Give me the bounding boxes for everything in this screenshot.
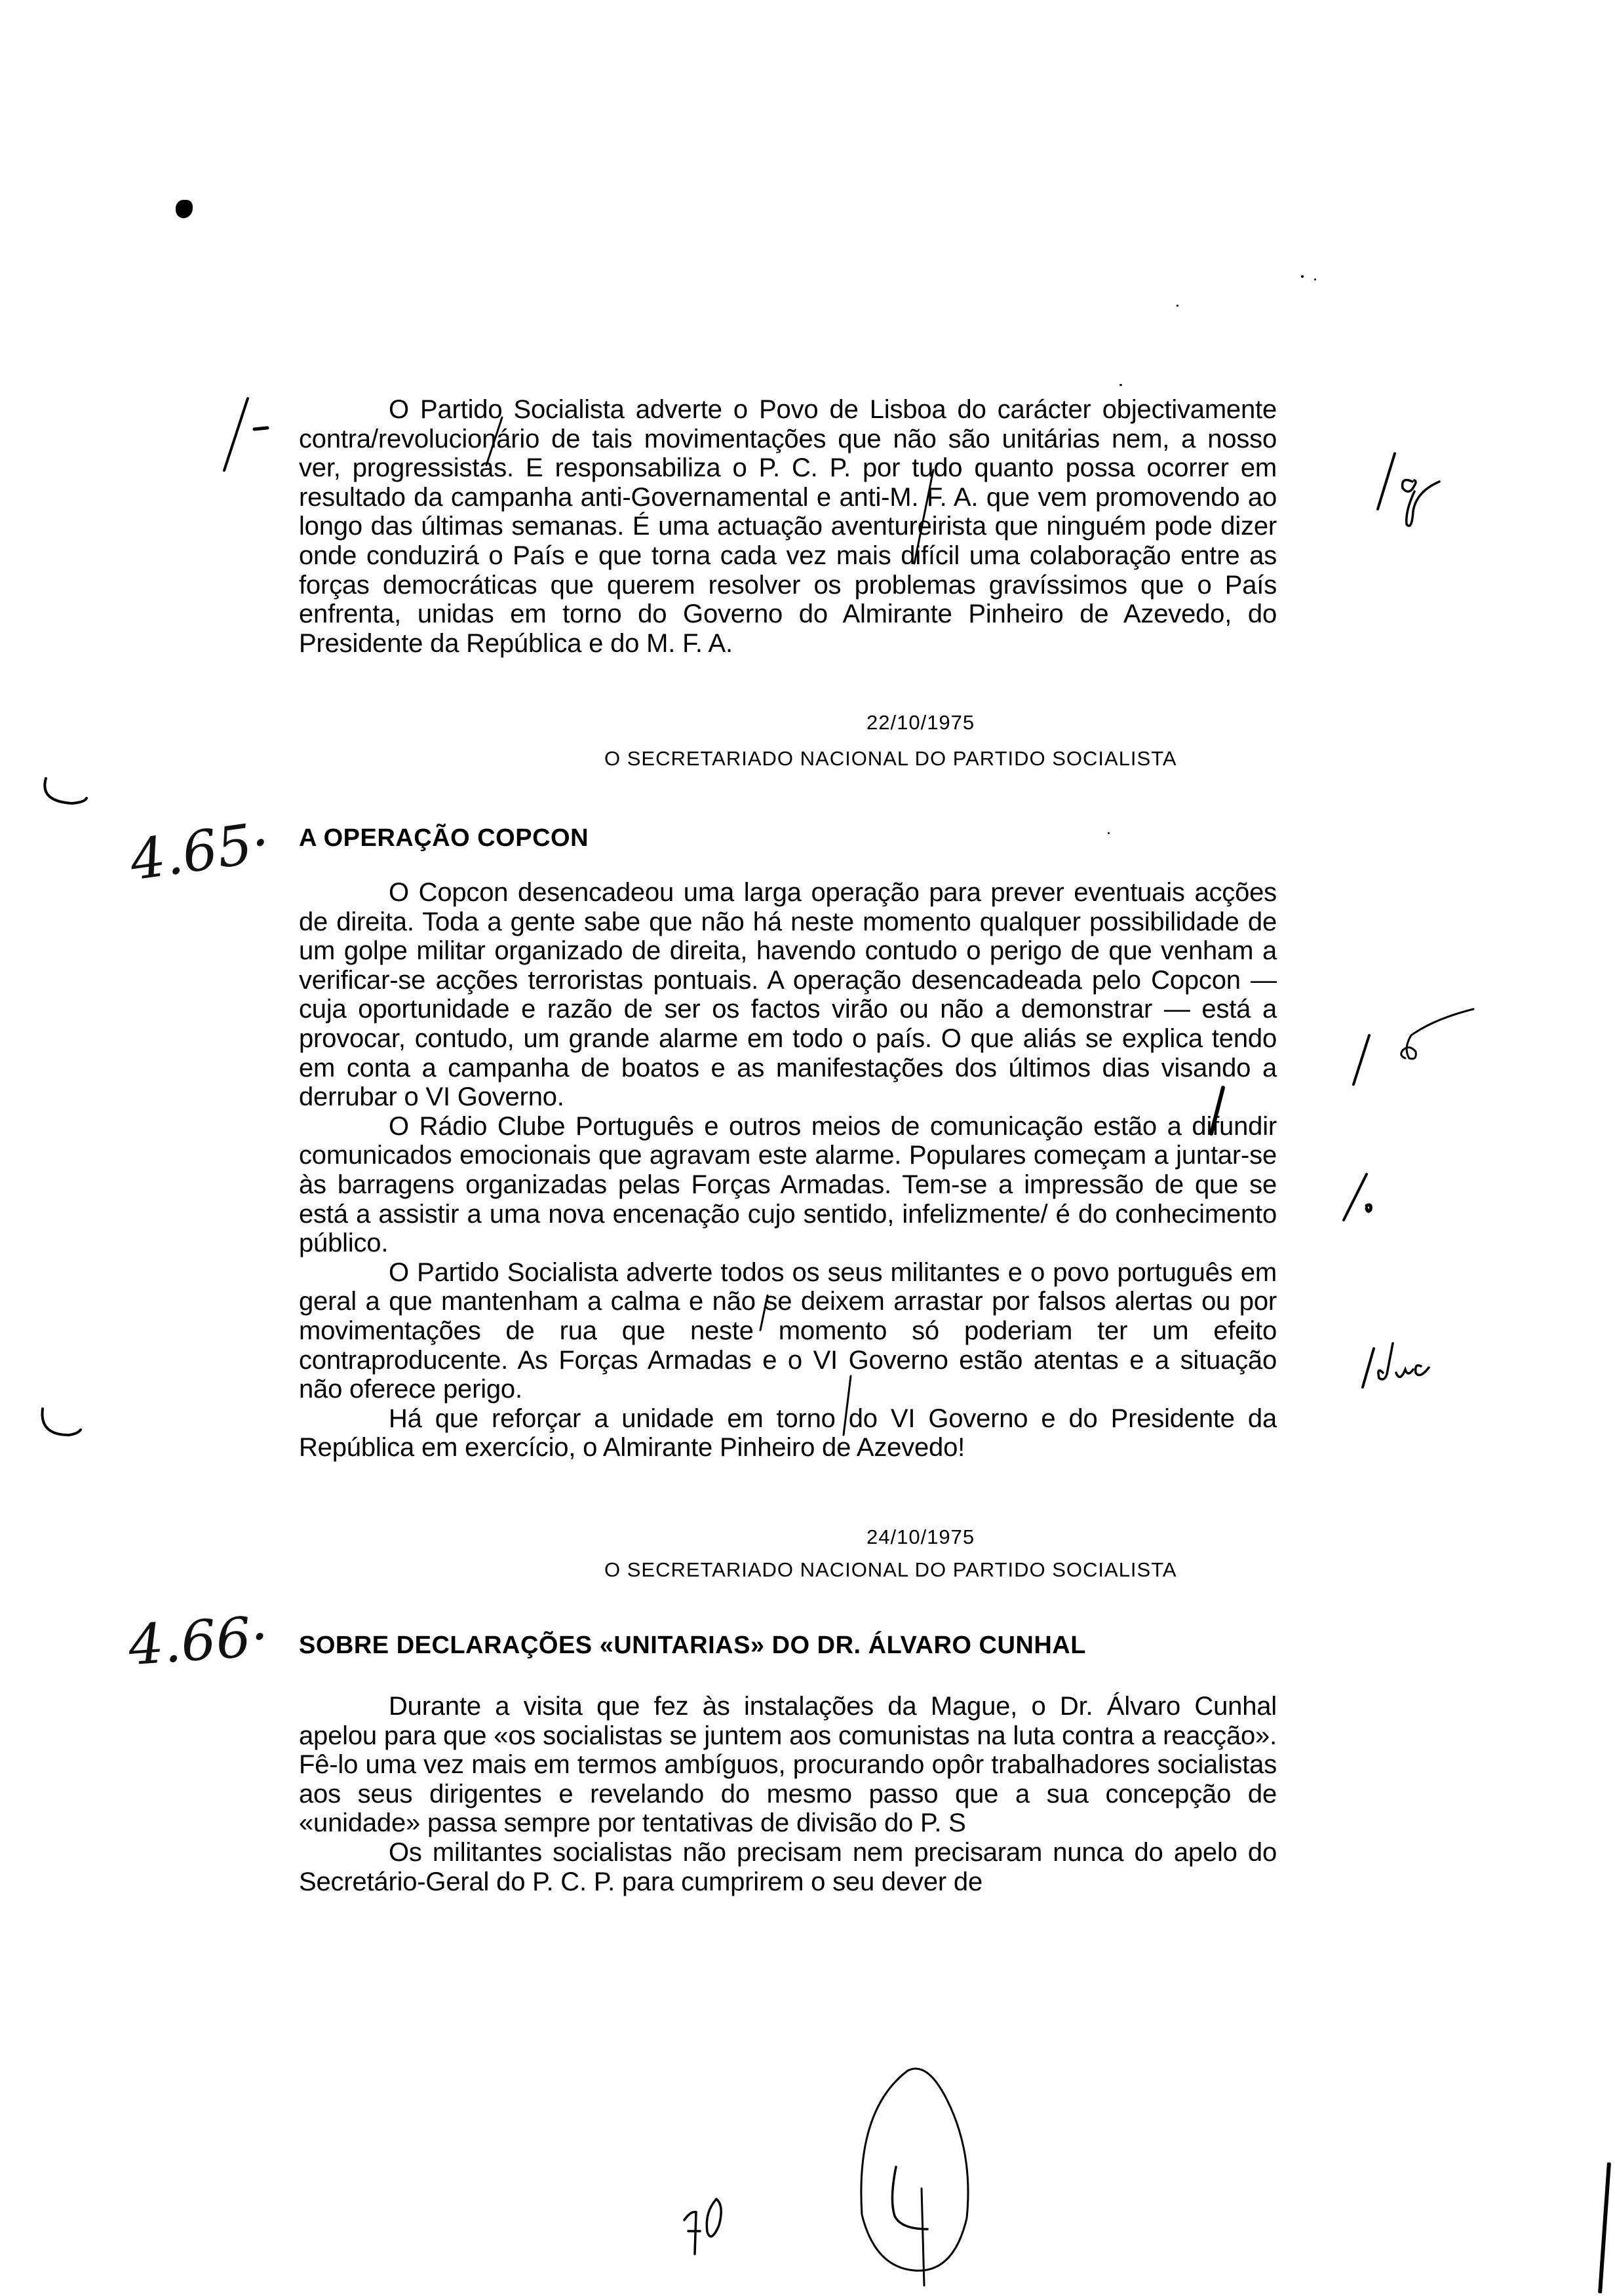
- scan-speck: [1177, 305, 1178, 307]
- scan-speck: [1301, 275, 1304, 278]
- document-page: O Partido Socialista adverte o Povo de L…: [0, 0, 1615, 2296]
- handwriting-strokes: [0, 0, 1615, 2296]
- scan-speck: [1108, 832, 1110, 834]
- scan-speck: [1088, 1278, 1090, 1280]
- scan-speck: [1119, 384, 1122, 386]
- scan-speck: [1314, 278, 1316, 280]
